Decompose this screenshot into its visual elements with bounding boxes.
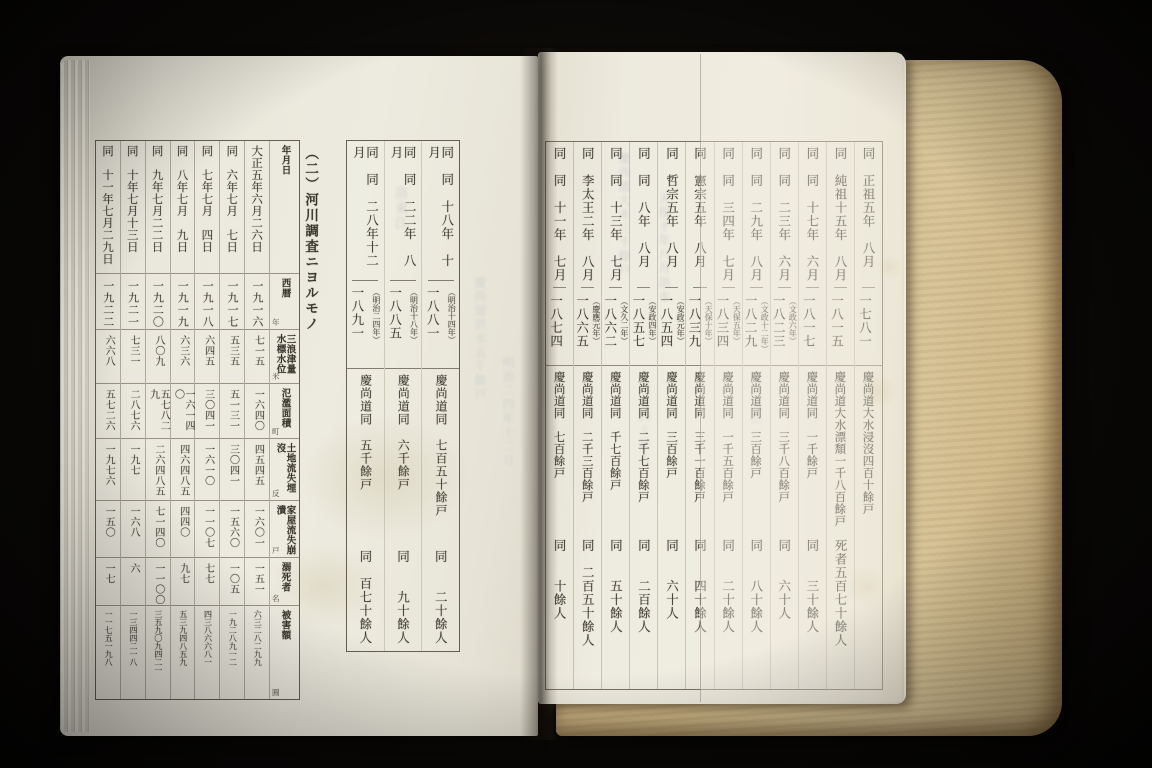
houses-destroyed: 一五六〇 xyxy=(227,501,238,557)
land-lost: 一九七 xyxy=(128,439,139,500)
book-photograph: 慶尚道大水三千餘戸 天保十年八月洪水 死者四十餘人 同三百餘戸 同 正祖五年 八… xyxy=(0,0,1152,768)
damage-amount: 一三四四二一八 xyxy=(129,606,137,699)
deaths: 同 十餘人 xyxy=(553,534,566,689)
survey-column-1916: 大正五年六月二六日 一九一六 七一五 一六四〇 四五四五 一六〇一 一五一 六三… xyxy=(244,141,269,699)
row-header-column: 年月日 西暦年 三浪津量水標水位米 氾濫面積町 土地流失埋沒反 家屋流失崩潰戸 … xyxy=(269,141,299,699)
land-lost: 四六四八五 xyxy=(177,439,188,500)
houses-destroyed: 一一〇七 xyxy=(202,501,213,557)
deaths: 同 八十餘人 xyxy=(750,534,763,689)
western-year-cell: 一八六五（慶應元年） xyxy=(574,288,601,366)
table-column-1815: 同 純祖十五年 八月 一八一五 慶尚道大水漂頽一千八百餘戸 死者五百七十餘人 xyxy=(826,142,854,689)
damage-amount: 六三二八二九九 xyxy=(253,606,261,699)
table-column-1891: 同 同 二八年十二月 一八九一（明治二四年） 慶尚道同 五千餘戸 同 百七十餘人 xyxy=(347,141,384,651)
western-year: 一九一九 xyxy=(177,274,189,329)
water-level: 八〇九 xyxy=(152,330,163,383)
flooded-area: 五一三一 xyxy=(227,384,238,438)
damage-households: 慶尚道同 二千七百餘戸 xyxy=(638,366,650,534)
land-lost: 二六四八五 xyxy=(152,439,163,500)
reign-date: 同 同 十七年 六月 xyxy=(806,142,819,288)
western-year: 一九二〇 xyxy=(152,274,164,329)
table-column-1874: 同 同 十一年 七月 一八七四 慶尚道同 七百餘戸 同 十餘人 xyxy=(546,142,573,689)
date: 同 七年七月 四日 xyxy=(201,141,213,273)
row-header: 被害額圓 xyxy=(270,606,299,699)
damage-households: 慶尚道同 七百五十餘戸 xyxy=(434,369,447,545)
damage-amount: 一九二八九一二 xyxy=(228,606,236,699)
damage-households: 慶尚道同 千七百餘戸 xyxy=(610,366,622,534)
damage-amount: 一一七五一九八 xyxy=(104,606,112,699)
damage-households: 慶尚道大水浸沒四百十餘戸 xyxy=(862,366,874,534)
table-column-1834: 同 同 三四年 七月 一八三四（天保五年） 慶尚道同 一千五百餘戸 同 二十餘人 xyxy=(714,142,742,689)
row-header: 家屋流失崩潰戸 xyxy=(270,501,299,558)
table-column-1781: 同 正祖五年 八月 一七八一 慶尚道大水浸沒四百十餘戸 xyxy=(854,142,882,689)
reign-date: 同 李太王二年 八月 xyxy=(581,142,594,288)
western-year-cell: 一八三四（天保五年） xyxy=(715,288,742,366)
houses-destroyed: 一五〇 xyxy=(103,501,114,557)
western-year: 一九一七 xyxy=(226,274,238,329)
reign-date: 同 憲宗五年 八月 xyxy=(693,142,706,288)
damage-households: 慶尚道同 五千餘戸 xyxy=(359,369,372,545)
land-lost: 三〇四一 xyxy=(227,439,238,500)
flooded-area: 一六一四〇 xyxy=(172,384,193,438)
row-header: 溺死者名 xyxy=(270,558,299,606)
western-year-cell: 一八八五（明治十八年） xyxy=(385,281,422,369)
houses-destroyed: 四四〇 xyxy=(177,501,188,557)
water-level: 七一五 xyxy=(252,330,263,383)
damage-households: 慶尚道同 六千餘戸 xyxy=(397,369,410,545)
damage-households: 慶尚道大水漂頽一千八百餘戸 xyxy=(834,366,846,534)
drowned: 一〇五 xyxy=(227,558,238,605)
western-year-cell: 一八二九（文政十二年） xyxy=(743,288,770,366)
drowned: 一一〇〇 xyxy=(152,558,163,605)
water-level: 六三六 xyxy=(177,330,188,383)
deaths: 同 百七十餘人 xyxy=(359,545,372,651)
showthrough-ghost-text: 明治二四年十二月 xyxy=(500,356,517,468)
deaths: 同 四十餘人 xyxy=(693,534,706,689)
date: 大正五年六月二六日 xyxy=(251,141,263,273)
western-year-cell: 一八五四（安政元年） xyxy=(658,288,685,366)
drowned: 九七 xyxy=(177,558,188,605)
western-year-cell: 一八七四 xyxy=(546,288,573,366)
western-year-cell: 一八三九（天保十年） xyxy=(686,288,713,366)
deaths: 同 二百餘人 xyxy=(637,534,650,689)
showthrough-ghost-text: 慶尚道洪水五千餘戸 xyxy=(472,276,489,402)
survey-column-1920: 同 九年七月二二日 一九二〇 八〇九 五七八二九 二六四八五 七一四〇 一一〇〇… xyxy=(145,141,170,699)
houses-destroyed: 一六〇一 xyxy=(252,501,263,557)
table-column-1817: 同 同 十七年 六月 一八一七 慶尚道同 一千餘戸 同 三十餘人 xyxy=(798,142,826,689)
row-header: 土地流失埋沒反 xyxy=(270,439,299,501)
table-column-1865: 同 李太王二年 八月 一八六五（慶應元年） 慶尚道同 二千三百餘戸 同 二百五十… xyxy=(573,142,601,689)
land-lost: 一九七六 xyxy=(103,439,114,500)
damage-households: 慶尚道同 一千餘戸 xyxy=(806,366,818,534)
western-year-cell: 一八八一（明治十四年） xyxy=(422,281,459,369)
water-level: 五三五 xyxy=(227,330,238,383)
water-level: 六六八 xyxy=(103,330,114,383)
flood-history-table-continued: 同 同 十八年 十月 一八八一（明治十四年） 慶尚道同 七百五十餘戸 同 二十餘… xyxy=(346,140,460,652)
drowned: 七七 xyxy=(202,558,213,605)
western-year: 一九二二 xyxy=(102,274,114,329)
row-header: 年月日 xyxy=(270,141,299,274)
table-column-1857: 同 同 八年 八月 一八五七（安政四年） 慶尚道同 二千七百餘戸 同 二百餘人 xyxy=(629,142,657,689)
reign-date: 同 同 十一年 七月 xyxy=(553,142,566,288)
date: 同 十年七月十三日 xyxy=(127,141,139,273)
drowned: 六 xyxy=(128,558,139,605)
reign-date: 同 同 八年 八月 xyxy=(637,142,650,288)
date: 同 六年七月 七日 xyxy=(226,141,238,273)
deaths: 死者五百七十餘人 xyxy=(834,534,847,689)
reign-date: 同 同 二八年十二月 xyxy=(352,141,378,281)
river-survey-table: 年月日 西暦年 三浪津量水標水位米 氾濫面積町 土地流失埋沒反 家屋流失崩潰戸 … xyxy=(95,140,300,700)
table-column-1839: 同 憲宗五年 八月 一八三九（天保十年） 慶尚道同 三千一百餘戸 同 四十餘人 xyxy=(685,142,713,689)
houses-destroyed: 七一四〇 xyxy=(152,501,163,557)
date: 同 十一年七月二九日 xyxy=(102,141,114,273)
date: 同 九年七月二二日 xyxy=(152,141,164,273)
damage-households: 慶尚道同 一千五百餘戸 xyxy=(722,366,734,534)
flooded-area: 一六四〇 xyxy=(252,384,263,438)
deaths: 同 二十餘人 xyxy=(434,545,447,651)
reign-date: 同 同 二三年 六月 xyxy=(778,142,791,288)
flooded-area: 五七八二九 xyxy=(147,384,168,438)
table-column-1862: 同 同 十三年 七月 一八六二（文久二年） 慶尚道同 千七百餘戸 同 五十餘人 xyxy=(601,142,629,689)
damage-households: 慶尚道同 三千一百餘戸 xyxy=(694,366,706,534)
deaths: 同 二百五十餘人 xyxy=(581,534,594,689)
damage-households: 慶尚道同 三百餘戸 xyxy=(666,366,678,534)
table-column-1854: 同 哲宗五年 八月 一八五四（安政元年） 慶尚道同 三百餘戸 同 六十人 xyxy=(657,142,685,689)
deaths: 同 三十餘人 xyxy=(806,534,819,689)
western-year-cell: 一八五七（安政四年） xyxy=(630,288,657,366)
survey-column-1918: 同 七年七月 四日 一九一八 六四五 三〇四一 一六一〇 一一〇七 七七 四三八… xyxy=(194,141,219,699)
land-lost: 一六一〇 xyxy=(202,439,213,500)
damage-amount: 三五九〇九四二一 xyxy=(153,606,161,699)
right-page: 慶尚道大水三千餘戸 天保十年八月洪水 死者四十餘人 同三百餘戸 同 正祖五年 八… xyxy=(538,52,906,704)
table-column-1881: 同 同 十八年 十月 一八八一（明治十四年） 慶尚道同 七百五十餘戸 同 二十餘… xyxy=(421,141,459,651)
deaths: 同 五十餘人 xyxy=(609,534,622,689)
damage-amount: 五三九四八五九 xyxy=(178,606,186,699)
date: 同 八年七月 九日 xyxy=(176,141,188,273)
water-level: 六四五 xyxy=(202,330,213,383)
western-year: 一九一六 xyxy=(251,274,263,329)
damage-households: 慶尚道同 二千三百餘戸 xyxy=(582,366,594,534)
flooded-area: 三〇四一 xyxy=(202,384,213,438)
left-page: 洛東江 慶尚道洪水五千餘戸 明治二四年十二月 同 同 十八年 十月 一八八一（明… xyxy=(60,56,538,736)
survey-column-1917: 同 六年七月 七日 一九一七 五三五 五一三一 三〇四一 一五六〇 一〇五 一九… xyxy=(219,141,244,699)
drowned: 一五一 xyxy=(252,558,263,605)
western-year-cell: 一八一七 xyxy=(799,288,826,366)
row-header: 三浪津量水標水位米 xyxy=(270,330,299,384)
row-header: 氾濫面積町 xyxy=(270,384,299,439)
reign-date: 同 同 二九年 八月 xyxy=(750,142,763,288)
reign-date: 同 正祖五年 八月 xyxy=(862,142,875,288)
damage-households: 慶尚道同 三百餘戸 xyxy=(750,366,762,534)
survey-column-1919: 同 八年七月 九日 一九一九 六三六 一六一四〇 四六四八五 四四〇 九七 五三… xyxy=(170,141,195,699)
table-column-1829: 同 同 二九年 八月 一八二九（文政十二年） 慶尚道同 三百餘戸 同 八十餘人 xyxy=(742,142,770,689)
damage-households: 慶尚道同 三千八百餘戸 xyxy=(778,366,790,534)
water-level: 七三一 xyxy=(128,330,139,383)
reign-date: 同 同 十八年 十月 xyxy=(428,141,454,281)
land-lost: 四五四五 xyxy=(252,439,263,500)
western-year: 一九一八 xyxy=(202,274,214,329)
western-year-cell: 一八六二（文久二年） xyxy=(602,288,629,366)
western-year-cell: 一八九一（明治二四年） xyxy=(347,281,384,369)
survey-column-1921: 同 十年七月十三日 一九二一 七三一 二八七六 一九七 一六八 六 一三四四二一… xyxy=(120,141,145,699)
section-title: （二）河川調査ニヨルモノ xyxy=(303,146,317,376)
western-year-cell: 一七八一 xyxy=(855,288,882,366)
damage-households: 慶尚道同 七百餘戸 xyxy=(554,366,566,534)
damage-amount: 四三八六六八一 xyxy=(203,606,211,699)
deaths: 同 九十餘人 xyxy=(396,545,409,651)
reign-date: 同 同 三四年 七月 xyxy=(722,142,735,288)
deaths: 同 二十餘人 xyxy=(722,534,735,689)
western-year-cell: 一八二三（文政六年） xyxy=(771,288,798,366)
deaths: 同 六十人 xyxy=(778,534,791,689)
flooded-area: 二八七六 xyxy=(128,384,139,438)
reign-date: 同 純祖十五年 八月 xyxy=(834,142,847,288)
flooded-area: 五七二六 xyxy=(103,384,114,438)
flood-history-table: 同 正祖五年 八月 一七八一 慶尚道大水浸沒四百十餘戸 同 純祖十五年 八月 一… xyxy=(545,141,883,690)
drowned: 一七 xyxy=(103,558,114,605)
table-column-1823: 同 同 二三年 六月 一八二三（文政六年） 慶尚道同 三千八百餘戸 同 六十人 xyxy=(770,142,798,689)
reign-date: 同 哲宗五年 八月 xyxy=(665,142,678,288)
reign-date: 同 同 二二年 八月 xyxy=(390,141,416,281)
western-year: 一九二一 xyxy=(127,274,139,329)
row-header: 西暦年 xyxy=(270,274,299,330)
houses-destroyed: 一六八 xyxy=(128,501,139,557)
table-column-1885: 同 同 二二年 八月 一八八五（明治十八年） 慶尚道同 六千餘戸 同 九十餘人 xyxy=(384,141,422,651)
reign-date: 同 同 十三年 七月 xyxy=(609,142,622,288)
deaths: 同 六十人 xyxy=(665,534,678,689)
western-year-cell: 一八一五 xyxy=(827,288,854,366)
survey-column-1922: 同 十一年七月二九日 一九二二 六六八 五七二六 一九七六 一五〇 一七 一一七… xyxy=(96,141,120,699)
